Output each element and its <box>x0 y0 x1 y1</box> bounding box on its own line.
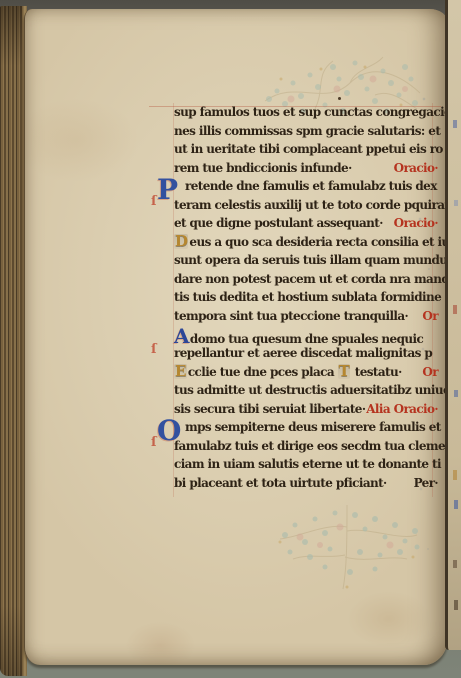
rubric-text: Or <box>422 307 438 326</box>
rubric-text: Or <box>422 363 438 382</box>
text-line: sis secura tibi seruiat libertate·Alia O… <box>174 400 438 419</box>
penwork-flourish: ſ <box>151 193 156 212</box>
penwork-flourish: ſ <box>151 341 156 360</box>
text-line: Pretende dne famulis et famulabz tuis de… <box>174 177 438 196</box>
body-text: bi placeant et tota uirtute pficiant· <box>174 474 387 493</box>
body-text: sis secura tibi seruiat libertate· <box>174 400 365 419</box>
body-text: tempora sint tua pteccione tranquilla· <box>174 307 408 326</box>
text-line: sup famulos tuos et sup cunctas congrega… <box>174 103 438 122</box>
body-text: sunt opera da seruis tuis illam quam mun… <box>174 251 454 270</box>
text-line: Adomo tua quesum dne spuales nequic <box>174 326 438 345</box>
text-line: Omps sempiterne deus miserere famulis et <box>174 418 438 437</box>
text-line: tus admitte ut destructis aduersitatibz … <box>174 381 438 400</box>
body-text: testatu· <box>351 363 401 382</box>
body-text: tus admitte ut destructis aduersitatibz … <box>174 381 456 400</box>
penwork-flourish: ſ <box>151 434 156 453</box>
body-text: dare non potest pacem ut et corda nra ma… <box>174 270 456 289</box>
text-line: ſrepellantur et aeree discedat malignita… <box>174 344 438 363</box>
body-text: repellantur et aeree discedat malignitas… <box>174 344 432 363</box>
body-text: sup famulos tuos et sup cunctas congrega… <box>174 103 451 122</box>
text-line: nes illis commissas spm gracie salutaris… <box>174 122 438 141</box>
facing-page-edge <box>445 0 461 650</box>
rubric-text: Oracio· <box>394 159 438 178</box>
text-line: tempora sint tua pteccione tranquilla·Or <box>174 307 438 326</box>
illuminated-initial: D <box>174 234 188 249</box>
body-text: teram celestis auxilij ut te toto corde … <box>174 196 449 215</box>
text-line: ut in ueritate tibi complaceant ppetui e… <box>174 140 438 159</box>
body-text: nes illis commissas spm gracie salutaris… <box>174 122 440 141</box>
text-line: ſfamulabz tuis et dirige eos secdm tua c… <box>174 437 438 456</box>
parchment-page: sup famulos tuos et sup cunctas congrega… <box>24 9 448 665</box>
floral-spray-bottom <box>265 497 430 602</box>
body-text: mps sempiterne deus miserere famulis et <box>185 418 441 437</box>
body-text: Per· <box>414 474 438 493</box>
manuscript-photo: sup famulos tuos et sup cunctas congrega… <box>0 0 461 678</box>
text-line: Ecclie tue dne pces placa T testatu·Or <box>174 363 438 382</box>
facing-page-illumination <box>448 0 461 650</box>
rubric-text: Alia Oracio· <box>366 400 438 419</box>
book-leaf-edges <box>0 6 27 676</box>
text-line: dare non potest pacem ut et corda nra ma… <box>174 270 438 289</box>
text-line: et que digne postulant assequant·Oracio· <box>174 214 438 233</box>
body-text: eus a quo sca desideria recta consilia e… <box>189 233 461 252</box>
text-block: sup famulos tuos et sup cunctas congrega… <box>174 103 438 492</box>
body-text: rem tue bndiccionis infunde· <box>174 159 352 178</box>
body-text: ut in ueritate tibi complaceant ppetui e… <box>174 140 443 159</box>
text-line: tis tuis dedita et hostium sublata formi… <box>174 288 438 307</box>
text-line: bi placeant et tota uirtute pficiant·Per… <box>174 474 438 493</box>
text-line: Deus a quo sca desideria recta consilia … <box>174 233 438 252</box>
text-line: sunt opera da seruis tuis illam quam mun… <box>174 251 438 270</box>
illuminated-initial: A <box>174 326 189 346</box>
body-text: ciam in uiam salutis eterne ut te donant… <box>174 455 441 474</box>
body-text: tis tuis dedita et hostium sublata formi… <box>174 288 441 307</box>
text-line: ciam in uiam salutis eterne ut te donant… <box>174 455 438 474</box>
text-line: ſteram celestis auxilij ut te toto corde… <box>174 196 438 215</box>
body-text: retende dne famulis et famulabz tuis dex <box>185 177 437 196</box>
rubric-text: Oracio· <box>394 214 438 233</box>
illuminated-initial: E <box>174 364 187 379</box>
text-line: rem tue bndiccionis infunde·Oracio· <box>174 159 438 178</box>
body-text: cclie tue dne pces placa <box>188 363 338 382</box>
body-text: et que digne postulant assequant· <box>174 214 383 233</box>
ink-speck <box>338 97 341 100</box>
illuminated-initial: T <box>338 364 351 379</box>
body-text: famulabz tuis et dirige eos secdm tua cl… <box>174 437 445 456</box>
